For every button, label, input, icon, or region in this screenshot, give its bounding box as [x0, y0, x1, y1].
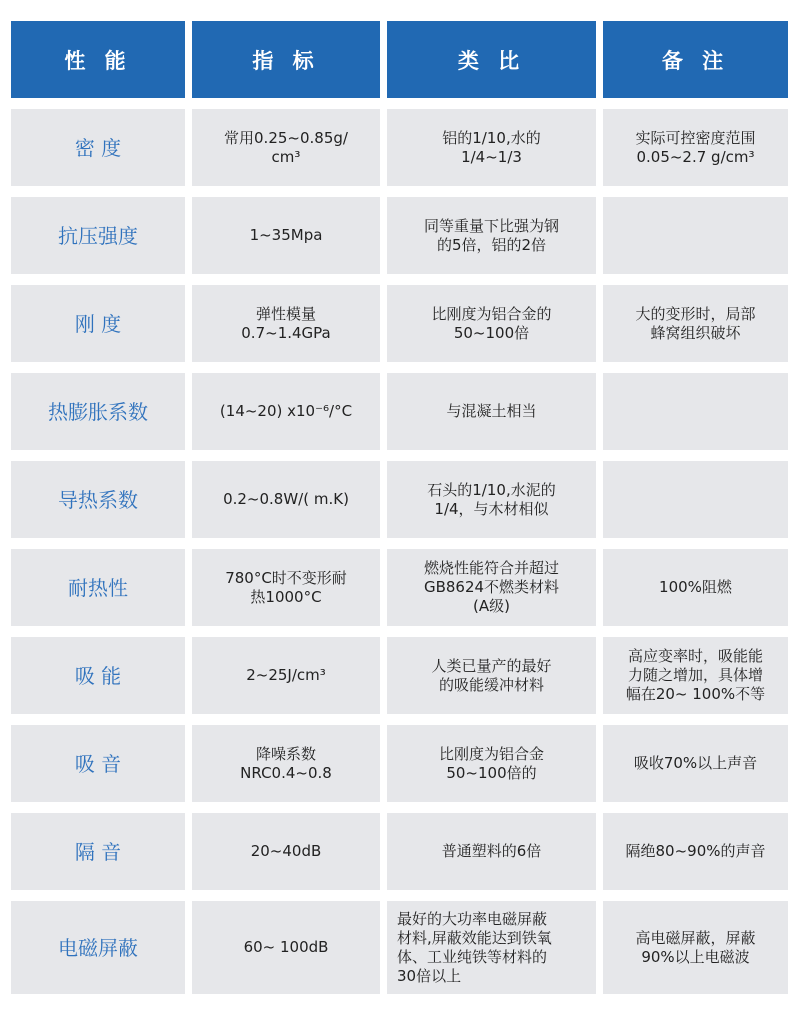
property-cell: 吸 音: [11, 725, 185, 802]
remark-cell: 高应变率时，吸能能 力随之增加，具体增 幅在20~ 100%不等: [603, 637, 788, 714]
remark-cell: [603, 197, 788, 274]
indicator-cell: 常用0.25~0.85g/ cm³: [192, 109, 380, 186]
indicator-cell: 降噪系数 NRC0.4~0.8: [192, 725, 380, 802]
indicator-cell: 60~ 100dB: [192, 901, 380, 994]
indicator-cell: 20~40dB: [192, 813, 380, 890]
remark-cell: 吸收70%以上声音: [603, 725, 788, 802]
indicator-cell: 780°C时不变形耐 热1000°C: [192, 549, 380, 626]
indicator-cell: 0.2~0.8W/( m.K): [192, 461, 380, 538]
property-cell: 密 度: [11, 109, 185, 186]
indicator-cell: 弹性模量 0.7~1.4GPa: [192, 285, 380, 362]
remark-cell: 实际可控密度范围 0.05~2.7 g/cm³: [603, 109, 788, 186]
analogy-cell: 铝的1/10,水的 1/4~1/3: [387, 109, 596, 186]
property-cell: 吸 能: [11, 637, 185, 714]
analogy-cell: 石头的1/10,水泥的 1/4，与木材相似: [387, 461, 596, 538]
remark-cell: 高电磁屏蔽，屏蔽 90%以上电磁波: [603, 901, 788, 994]
indicator-cell: 2~25J/cm³: [192, 637, 380, 714]
property-cell: 电磁屏蔽: [11, 901, 185, 994]
analogy-cell: 燃烧性能符合并超过 GB8624不燃类材料 (A级): [387, 549, 596, 626]
remark-cell: 大的变形时，局部 蜂窝组织破坏: [603, 285, 788, 362]
indicator-cell: 1~35Mpa: [192, 197, 380, 274]
analogy-cell: 与混凝土相当: [387, 373, 596, 450]
header-indicator: 指 标: [192, 21, 380, 98]
properties-table: 性 能 指 标 类 比 备 注 密 度 常用0.25~0.85g/ cm³ 铝的…: [11, 21, 788, 1005]
analogy-cell: 普通塑料的6倍: [387, 813, 596, 890]
header-remark: 备 注: [603, 21, 788, 98]
property-cell: 热膨胀系数: [11, 373, 185, 450]
analogy-cell: 比刚度为铝合金 50~100倍的: [387, 725, 596, 802]
indicator-cell: (14~20) x10⁻⁶/°C: [192, 373, 380, 450]
property-cell: 导热系数: [11, 461, 185, 538]
header-performance: 性 能: [11, 21, 185, 98]
header-analogy: 类 比: [387, 21, 596, 98]
remark-cell: 100%阻燃: [603, 549, 788, 626]
property-cell: 隔 音: [11, 813, 185, 890]
analogy-cell: 人类已量产的最好 的吸能缓冲材料: [387, 637, 596, 714]
remark-cell: 隔绝80~90%的声音: [603, 813, 788, 890]
property-cell: 刚 度: [11, 285, 185, 362]
remark-cell: [603, 373, 788, 450]
property-cell: 耐热性: [11, 549, 185, 626]
analogy-cell: 最好的大功率电磁屏蔽 材料,屏蔽效能达到铁氧 体、工业纯铁等材料的 30倍以上: [387, 901, 596, 994]
property-cell: 抗压强度: [11, 197, 185, 274]
analogy-cell: 同等重量下比强为钢 的5倍，铝的2倍: [387, 197, 596, 274]
analogy-cell: 比刚度为铝合金的 50~100倍: [387, 285, 596, 362]
remark-cell: [603, 461, 788, 538]
